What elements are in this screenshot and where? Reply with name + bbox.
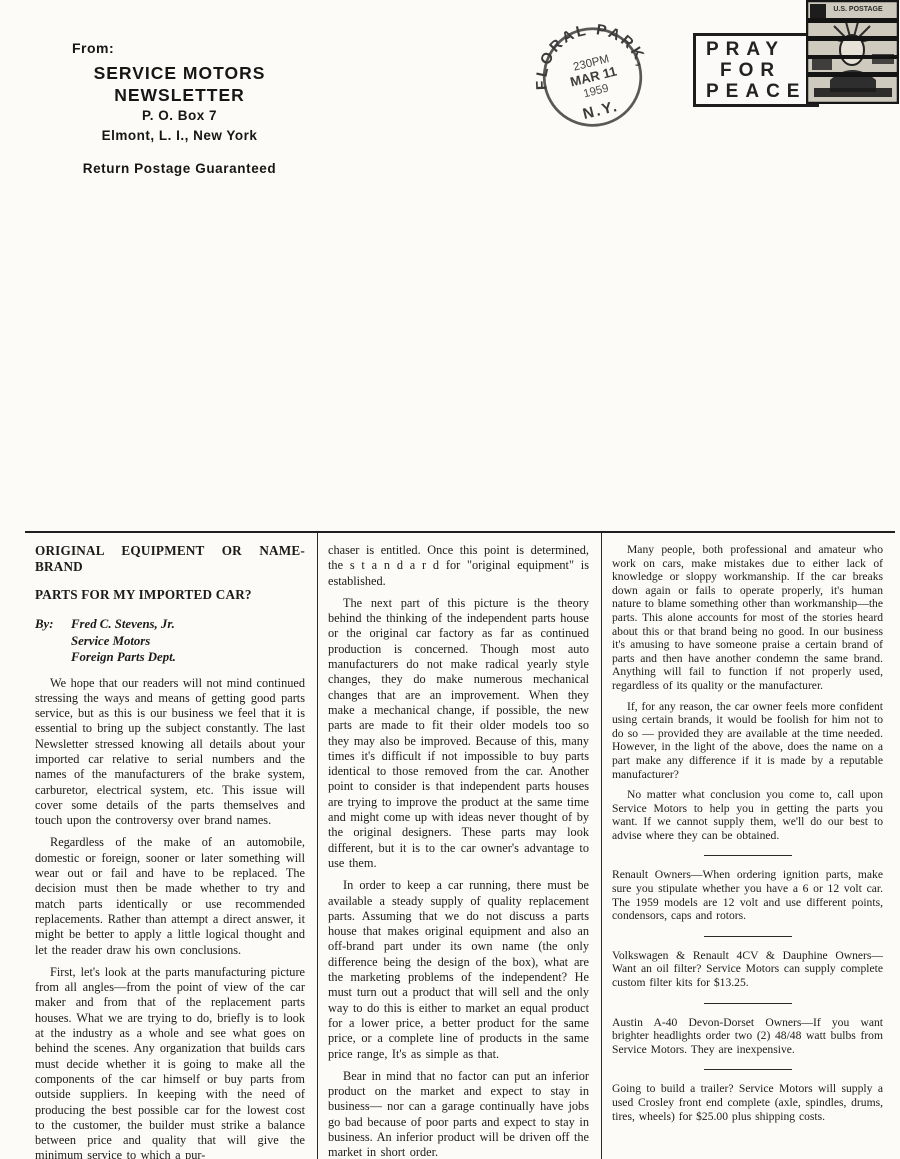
sender-address-block: SERVICE MOTORS NEWSLETTER P. O. Box 7 El… bbox=[72, 62, 287, 145]
return-postage-notice: Return Postage Guaranteed bbox=[72, 161, 287, 176]
byline-label: By: bbox=[35, 616, 71, 666]
notice-divider bbox=[704, 936, 792, 937]
notice-divider bbox=[704, 1003, 792, 1004]
notice-divider bbox=[704, 1069, 792, 1070]
notice-volkswagen-renault: Volkswagen & Renault 4CV & Dauphine Owne… bbox=[612, 949, 883, 990]
stamp-postage-text: U.S. POSTAGE bbox=[833, 6, 883, 13]
col3-paragraph: If, for any reason, the car owner feels … bbox=[612, 700, 883, 782]
col2-paragraph: Bear in mind that no factor can put an i… bbox=[328, 1069, 589, 1159]
postage-stamp: U.S. POSTAGE bbox=[806, 0, 899, 104]
byline-author-block: Fred C. Stevens, Jr. Service Motors Fore… bbox=[71, 616, 176, 666]
article-column-2: chaser is entitled. Once this point is d… bbox=[317, 533, 601, 1159]
notice-austin: Austin A-40 Devon-Dorset Owners—If you w… bbox=[612, 1016, 883, 1057]
sender-city: Elmont, L. I., New York bbox=[72, 126, 287, 145]
byline-company: Service Motors bbox=[71, 633, 176, 650]
col1-paragraph: First, let's look at the parts manufactu… bbox=[35, 965, 305, 1159]
col3-paragraph: Many people, both professional and amate… bbox=[612, 543, 883, 693]
pray-for-peace-cancellation: PRAY FOR PEACE bbox=[693, 33, 819, 107]
slogan-line-2: FOR bbox=[706, 60, 816, 81]
newsletter-page: From: SERVICE MOTORS NEWSLETTER P. O. Bo… bbox=[0, 0, 900, 1159]
article-column-1: ORIGINAL EQUIPMENT OR NAME-BRAND PARTS F… bbox=[25, 533, 317, 1159]
sender-name-line2: NEWSLETTER bbox=[72, 84, 287, 106]
sender-po-box: P. O. Box 7 bbox=[72, 106, 287, 126]
byline-department: Foreign Parts Dept. bbox=[71, 649, 176, 666]
headline-line-2: PARTS FOR MY IMPORTED CAR? bbox=[35, 587, 305, 603]
col3-paragraph: No matter what conclusion you come to, c… bbox=[612, 788, 883, 842]
newsletter-article: ORIGINAL EQUIPMENT OR NAME-BRAND PARTS F… bbox=[25, 531, 895, 1159]
postmark-stamp: FLORAL PARK, 230PM MAR 11 1959 N.Y. bbox=[511, 0, 673, 153]
statue-of-liberty-stamp-icon: U.S. POSTAGE bbox=[806, 0, 899, 104]
from-label: From: bbox=[72, 40, 287, 56]
article-headline: ORIGINAL EQUIPMENT OR NAME-BRAND PARTS F… bbox=[35, 543, 305, 603]
byline-author: Fred C. Stevens, Jr. bbox=[71, 616, 176, 633]
slogan-line-3: PEACE bbox=[706, 81, 816, 102]
col2-paragraph: The next part of this picture is the the… bbox=[328, 596, 589, 871]
headline-line-1: ORIGINAL EQUIPMENT OR NAME-BRAND bbox=[35, 543, 305, 575]
slogan-line-1: PRAY bbox=[706, 39, 816, 60]
sender-name-line1: SERVICE MOTORS bbox=[72, 62, 287, 84]
col2-paragraph: In order to keep a car running, there mu… bbox=[328, 878, 589, 1062]
col1-paragraph: We hope that our readers will not mind c… bbox=[35, 676, 305, 829]
notice-divider bbox=[704, 855, 792, 856]
notice-renault: Renault Owners—When ordering ignition pa… bbox=[612, 868, 883, 922]
col1-paragraph: Regardless of the make of an automobile,… bbox=[35, 835, 305, 957]
col2-paragraph: chaser is entitled. Once this point is d… bbox=[328, 543, 589, 589]
article-byline: By: Fred C. Stevens, Jr. Service Motors … bbox=[35, 616, 305, 666]
notice-trailer: Going to build a trailer? Service Motors… bbox=[612, 1082, 883, 1123]
mailing-header: From: SERVICE MOTORS NEWSLETTER P. O. Bo… bbox=[72, 40, 287, 176]
article-column-3: Many people, both professional and amate… bbox=[601, 533, 895, 1159]
postmark-circle-icon: FLORAL PARK, 230PM MAR 11 1959 N.Y. bbox=[511, 0, 673, 153]
